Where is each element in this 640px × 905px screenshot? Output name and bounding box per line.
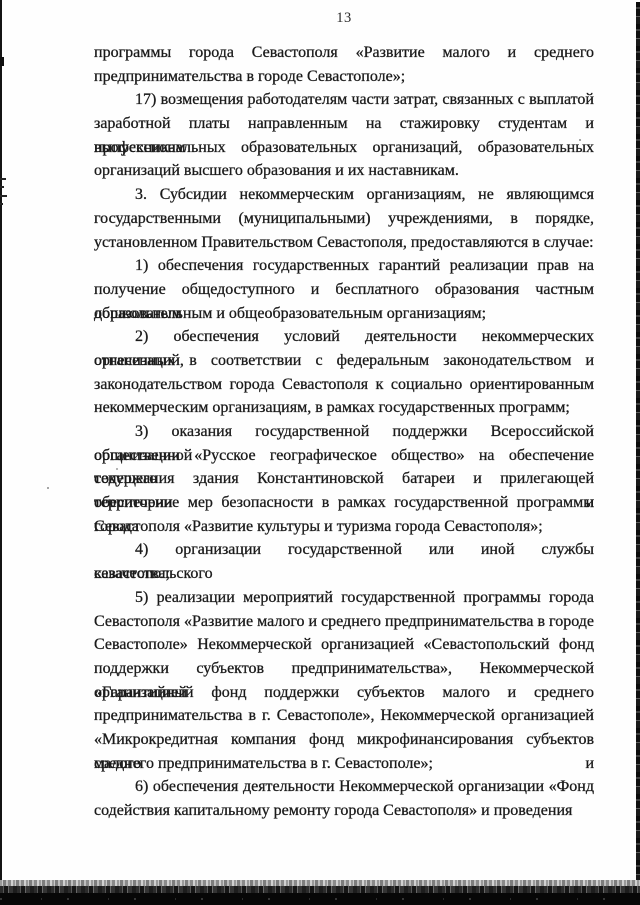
text-line: «Гарантийный фонд поддержки субъектов ма… <box>94 681 594 705</box>
scan-artifact-left-notch <box>0 57 4 66</box>
text-line: некоммерческим организациям, в рамках го… <box>94 396 594 420</box>
scan-artifact-bottom-black-band <box>0 893 640 905</box>
text-line: образовательным и общеобразовательным ор… <box>94 302 594 326</box>
text-line: Севастополя «Развитие малого и среднего … <box>94 610 594 634</box>
scan-artifact-dash <box>0 203 3 205</box>
scan-artifact-dash <box>0 178 6 180</box>
text-line: Севастополя «Развитие культуры и туризма… <box>94 515 594 539</box>
scan-artifact-dash <box>0 186 4 188</box>
text-line: программы города Севастополя «Развитие м… <box>94 41 594 65</box>
scan-artifact-speck <box>47 487 49 489</box>
scan-artifact-speck <box>579 139 581 141</box>
text-line: организации «Русское географическое обще… <box>94 444 594 468</box>
text-line: законодательством города Севастополя к с… <box>94 373 594 397</box>
page-number: 13 <box>94 10 594 27</box>
text-line: обеспечение мер безопасности в рамках го… <box>94 491 594 515</box>
text-line: 3) оказания государственной поддержки Вс… <box>94 420 594 444</box>
text-line: содействия капитальному ремонту города С… <box>94 799 594 823</box>
text-line: казачества; <box>94 562 594 586</box>
scan-artifact-speck <box>116 468 118 470</box>
text-line: 6) обеспечения деятельности Некоммерческ… <box>94 775 594 799</box>
scan-artifact-left-edge <box>0 0 2 893</box>
text-line: 3. Субсидии некоммерческим организациям,… <box>94 183 594 207</box>
text-line: поддержки субъектов предпринимательства»… <box>94 657 594 681</box>
text-line: 17) возмещения работодателям части затра… <box>94 88 594 112</box>
text-line: профессиональных образовательных организ… <box>94 136 594 160</box>
text-line: установленном Правительством Севастополя… <box>94 231 594 255</box>
text-line: предпринимательства в г. Севастополе», Н… <box>94 704 594 728</box>
scan-artifact-dust-dots <box>0 898 640 900</box>
scan-artifact-dash <box>0 195 7 197</box>
text-line: 2) обеспечения условий деятельности неко… <box>94 325 594 349</box>
text-line: предпринимательства в городе Севастополе… <box>94 65 594 89</box>
document-text-block: программы города Севастополя «Развитие м… <box>94 41 594 823</box>
text-line: 4) организации государственной или иной … <box>94 538 594 562</box>
text-line: содержания здания Константиновской батар… <box>94 467 594 491</box>
text-line: 5) реализации мероприятий государственно… <box>94 586 594 610</box>
text-line: заработной платы направленным на стажиро… <box>94 112 594 136</box>
text-line: получение общедоступного и бесплатного о… <box>94 278 594 302</box>
scan-artifact-right-edge <box>636 2 640 905</box>
text-line: Севастополе» Некоммерческой организацией… <box>94 633 594 657</box>
text-line: «Микрокредитная компания фонд микрофинан… <box>94 728 594 752</box>
scan-artifact-bottom-speckle-dark <box>0 886 640 893</box>
text-line: государственными (муниципальными) учрежд… <box>94 207 594 231</box>
text-line: организаций высшего образования и их нас… <box>94 159 594 183</box>
scanned-document-page: 13 программы города Севастополя «Развити… <box>0 0 640 905</box>
text-line: 1) обеспечения государственных гарантий … <box>94 254 594 278</box>
text-line: отнесенных в соответствии с федеральным … <box>94 349 594 373</box>
